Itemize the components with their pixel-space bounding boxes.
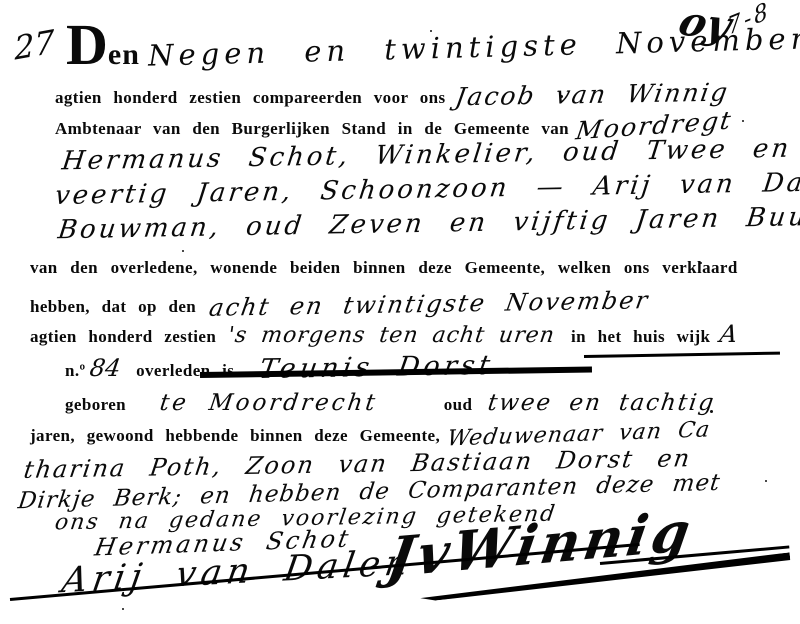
noise-speck [640,432,642,434]
death-record-scan: 27 oy 7-8 Den Negen en twintigste Novemb… [0,0,800,624]
handwritten-birthplace: te Moordrecht [158,390,379,416]
noise-speck [700,262,702,264]
handwritten-house-number: 84 [88,354,122,382]
line-death-date: hebben, dat op denacht en twintigste Nov… [30,290,649,318]
noise-speck [122,608,124,610]
handwritten-age: twee en tachtig [487,390,718,416]
line-residence: jaren, gewoond hebbende binnen deze Geme… [30,422,710,447]
noise-speck [560,95,563,98]
printed-overledene-clause: van den overledene, wonende beiden binne… [30,258,738,278]
printed-gewoond: jaren, gewoond hebbende binnen deze Geme… [30,426,440,445]
noise-speck [302,336,304,338]
den-initial: D [66,12,108,77]
printed-den: Den [66,16,140,74]
noise-speck [430,30,432,32]
printed-no-label: n.º [65,361,86,380]
handwritten-wijk-letter: A [718,320,739,348]
line-deceased: n.º84overleden isTeunis Dorst [65,352,494,383]
den-rest: en [108,38,140,71]
line-appearance: agtien honderd zestien compareerden voor… [55,80,728,109]
handwritten-death-date: acht en twintigste November [207,286,651,322]
printed-ambtenaar: Ambtenaar van den Burgerlijken Stand in … [55,119,569,138]
ruled-line [584,352,780,358]
noise-speck [710,410,713,413]
printed-oud: oud [444,395,473,414]
handwritten-death-time: 's morgens ten acht uren [226,323,556,348]
printed-geboren: geboren [65,395,126,414]
printed-huis-wijk: in het huis wijk [571,327,710,346]
printed-compareerden: agtien honderd zestien compareerden voor… [55,88,446,107]
noise-speck [765,480,767,482]
record-number: 27 [14,22,55,67]
printed-agtien-honderd: agtien honderd zestien [30,327,216,346]
printed-dat-op-den: hebben, dat op den [30,297,196,316]
line-birth: geborente Moordrechtoudtwee en tachtig [65,390,716,416]
handwritten-registrar-name: Jacob van Winnig [453,78,731,112]
handwritten-opening-date: Negen en twintigste November [148,21,800,72]
noise-speck [182,250,184,252]
line-death-time: agtien honderd zestien's morgens ten ach… [30,320,738,348]
noise-speck [742,120,744,122]
